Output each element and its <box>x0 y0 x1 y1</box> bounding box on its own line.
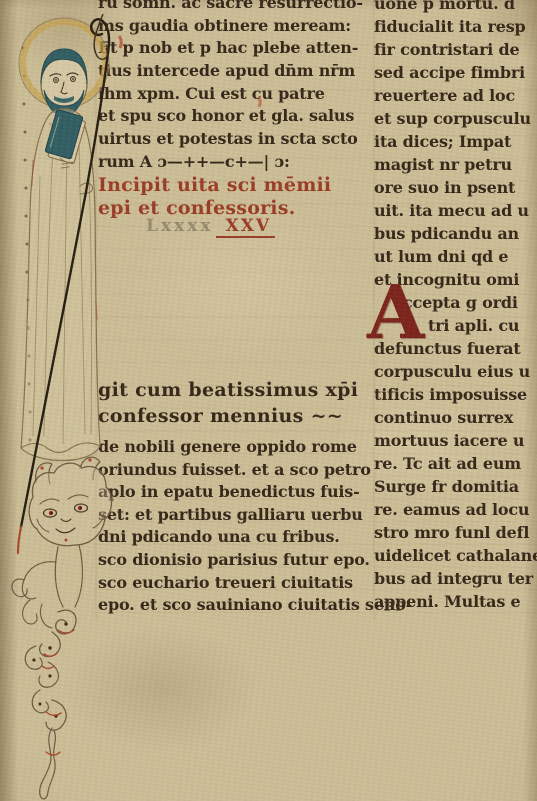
manuscript-line: de nobili genere oppido rome <box>98 436 412 459</box>
staff-red-tip <box>18 527 21 553</box>
pricking-holes <box>22 47 32 442</box>
manuscript-line: re. Tc ait ad eum <box>374 452 537 475</box>
manuscript-page: ru somn. ac sacre resurrectio-ms gaudia … <box>0 0 537 801</box>
manuscript-line: fir contristari de <box>374 38 537 61</box>
left-top-block: ru somn. ac sacre resurrectio-ms gaudia … <box>98 0 363 174</box>
chapter-number-red: XXV <box>216 216 276 238</box>
manuscript-line: reuertere ad loc <box>374 84 537 107</box>
chapter-number-faint: Lxxxx <box>146 216 214 236</box>
manuscript-line: bus ad integru ter <box>374 567 537 590</box>
manuscript-line: rum A ɔ—++—c+—| ɔ: <box>98 151 363 174</box>
manuscript-line: ihm xpm. Cui est cu patre <box>98 83 363 106</box>
saint-head <box>41 57 87 111</box>
manuscript-line: continuo surrex <box>374 406 537 429</box>
saint-hair <box>41 49 87 84</box>
heading-line: git cum beatissimus xp̄i <box>98 377 358 403</box>
manuscript-line: re. eamus ad locu <box>374 498 537 521</box>
manuscript-line: et spu sco honor et gla. salus <box>98 105 363 128</box>
vita-heading-block: git cum beatissimus xp̄iconfessor menniu… <box>98 377 358 429</box>
manuscript-line: magist nr petru <box>374 153 537 176</box>
manuscript-line: appeni. Multas e <box>374 590 537 613</box>
staff <box>21 44 109 527</box>
manuscript-line: stro mro funl defl <box>374 521 537 544</box>
manuscript-line: mortuus iacere u <box>374 429 537 452</box>
manuscript-line: uidelicet cathalane <box>374 544 537 567</box>
grotesque-figure <box>12 457 112 799</box>
rubric-line: Incipit uita sci mēmii <box>98 174 331 197</box>
halo <box>19 18 109 108</box>
manuscript-line: set: et partibus galliaru uerbu <box>98 504 412 527</box>
saint-beard <box>44 90 84 116</box>
rubric-block: Incipit uita sci mēmiiepi et confessori… <box>98 174 331 219</box>
manuscript-line: Surge fr domitia <box>374 475 537 498</box>
manuscript-line: tificis imposuisse <box>374 383 537 406</box>
manuscript-line: sco dionisio parisius futur epo. <box>98 549 412 572</box>
manuscript-line: aplo in epatu benedictus fuis- <box>98 481 412 504</box>
manuscript-line: sed accipe fimbri <box>374 61 537 84</box>
manuscript-line: uone p mortu. d <box>374 0 537 15</box>
illuminated-initial-A: A <box>367 282 447 352</box>
manuscript-line: dni pdicando una cu fribus. <box>98 526 412 549</box>
left-body-block: de nobili genere oppido romeoriundus fui… <box>98 436 412 617</box>
manuscript-line: uirtus et potestas in scta scto <box>98 128 363 151</box>
saint-illustration <box>18 18 109 553</box>
manuscript-line: ore suo in psent <box>374 176 537 199</box>
manuscript-line: fiducialit ita resp <box>374 15 537 38</box>
manuscript-line: Et p nob et p hac plebe atten- <box>98 37 363 60</box>
book-icon <box>44 109 87 164</box>
foliate-tail-end <box>40 728 56 799</box>
manuscript-line: ms gaudia obtinere meream: <box>98 15 363 38</box>
manuscript-line: ru somn. ac sacre resurrectio- <box>98 0 363 15</box>
saint-robe <box>21 109 100 461</box>
manuscript-line: oriundus fuisset. et a sco petro <box>98 459 412 482</box>
manuscript-line: ut lum dni qd e <box>374 245 537 268</box>
manuscript-line: uit. ita mecu ad u <box>374 199 537 222</box>
manuscript-line: sco euchario treueri ciuitatis <box>98 572 412 595</box>
manuscript-line: ita dices; Impat <box>374 130 537 153</box>
heading-line: confessor mennius ~~ <box>98 403 358 429</box>
manuscript-line: corpusculu eius u <box>374 360 537 383</box>
manuscript-line: bus pdicandu an <box>374 222 537 245</box>
chapter-number: LxxxxXXV <box>146 216 275 236</box>
manuscript-line: epo. et sco sauiniano ciuitatis seno- <box>98 594 412 617</box>
foliate-tail <box>25 610 76 799</box>
manuscript-line: tius intercede apud dn̄m nr̄m <box>98 60 363 83</box>
manuscript-line: et sup corpusculu <box>374 107 537 130</box>
